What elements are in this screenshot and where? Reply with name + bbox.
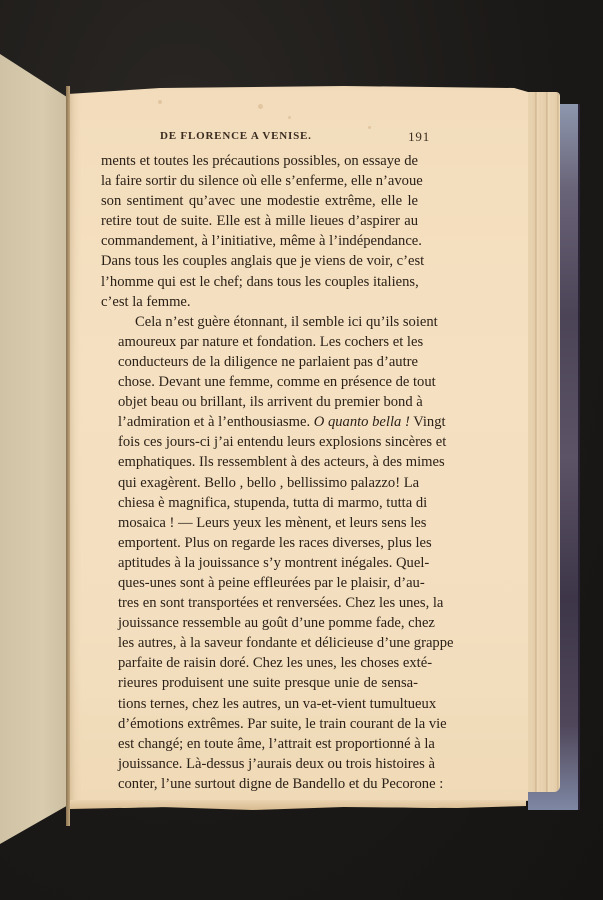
text-line: retire tout de suite. Elle est à mille l… [101,211,418,231]
text-line: fois ces jours-ci j’ai entendu leurs exp… [101,432,418,452]
text-line: aptitudes à la jouissance s’y montrent i… [101,553,418,573]
text-line: l’homme qui est le chef; dans tous les c… [101,272,418,292]
page-bottom-edge [70,800,526,810]
text-line: conducteurs de la diligence ne parlaient… [101,352,418,372]
paragraph-1: ments et toutes les précautions possible… [101,151,418,312]
text-line: Cela n’est guère étonnant, il semble ici… [101,312,418,332]
text-line: chiesa è magnifica, stupenda, tutta di m… [101,493,418,513]
text-line: chose. Devant une femme, comme en présen… [101,372,418,392]
text-line: est changé; en toute âme, l’attrait est … [101,734,418,754]
paragraph-2: Cela n’est guère étonnant, il semble ici… [101,312,418,794]
text-line: commandement, à l’initiative, même à l’i… [101,231,418,251]
text-line: la faire sortir du silence où elle s’enf… [101,171,418,191]
text-line: Dans tous les couples anglais que je vie… [101,251,418,271]
text-line: c’est la femme. [101,292,418,312]
page-number: 191 [408,129,430,145]
text-line: mosaica ! — Leurs yeux les mènent, et le… [101,513,418,533]
text-line: emphatiques. Ils ressemblent à des acteu… [101,452,418,472]
text-line: qui exagèrent. Bello , bello , bellissim… [101,473,418,493]
body-text: ments et toutes les précautions possible… [101,151,418,794]
text-line: jouissance ressemble au goût d’une pomme… [101,613,418,633]
running-head: DE FLORENCE A VENISE. 191 [110,130,430,146]
text-line: ments et toutes les précautions possible… [101,151,418,171]
text-line: d’émotions extrêmes. Par suite, le train… [101,714,418,734]
text-line: l’admiration et à l’enthousiasme. O quan… [101,412,418,432]
text-line: ques-unes sont à peine effleurées par le… [101,573,418,593]
text-line: emportent. Plus on regarde les races div… [101,533,418,553]
text-line: amoureux par nature et fondation. Les co… [101,332,418,352]
text-line: son sentiment qu’avec une modestie extrê… [101,191,418,211]
running-head-title: DE FLORENCE A VENISE. [160,130,312,142]
text-line: jouissance. Là-dessus j’aurais deux ou t… [101,754,418,774]
text-line: rieures produisent une suite presque uni… [101,673,418,693]
text-line: les autres, à la saveur fondante et déli… [101,633,418,653]
text-line: tres en sont transportées et renversées.… [101,593,418,613]
text-line: parfaite de raisin doré. Chez les unes, … [101,653,418,673]
left-page [0,54,70,844]
text-line: conter, l’une surtout digne de Bandello … [101,774,418,794]
text-line: objet beau ou brillant, ils arrivent du … [101,392,418,412]
gutter [66,86,70,826]
text-line: tions ternes, chez les autres, un va-et-… [101,694,418,714]
